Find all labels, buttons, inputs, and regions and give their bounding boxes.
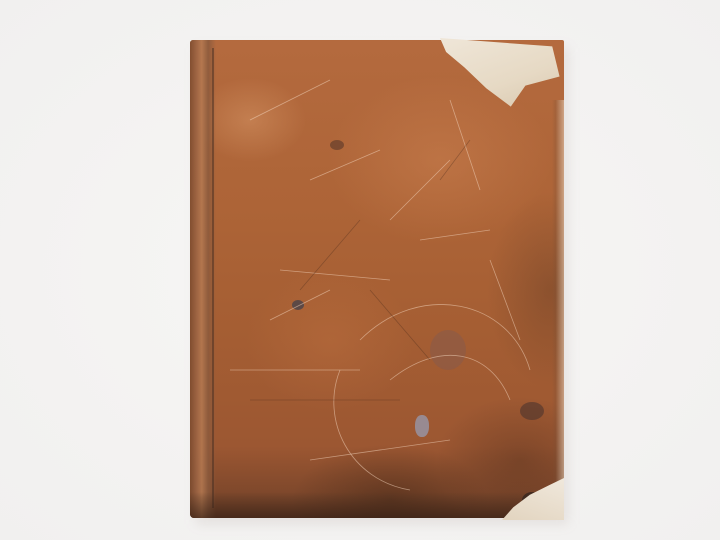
surface-scratches bbox=[190, 40, 564, 518]
leather-book-cover bbox=[190, 40, 564, 518]
photo-scene bbox=[0, 0, 720, 540]
